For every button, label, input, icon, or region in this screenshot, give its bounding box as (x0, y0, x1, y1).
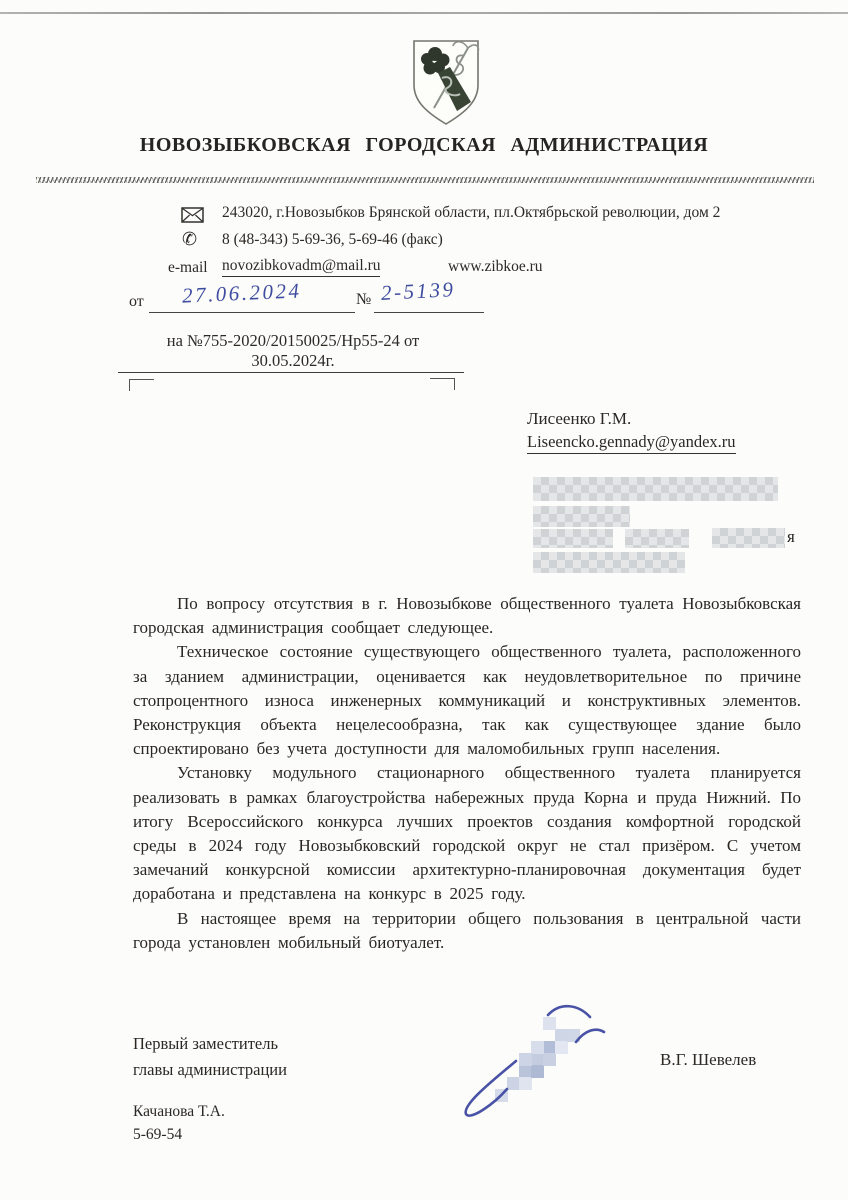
reply-underline (118, 372, 464, 373)
phone-numbers: 8 (48-343) 5-69-36, 5-69-46 (факс) (222, 231, 443, 249)
signer-name: В.Г. Шевелев (660, 1050, 756, 1070)
decorative-divider (36, 177, 814, 183)
redacted-text-block (625, 529, 689, 548)
envelope-icon (181, 207, 204, 228)
executor-name: Качанова Т.А. (133, 1100, 225, 1123)
number-sign-label: № (356, 291, 371, 309)
signer-position-line2: главы администрации (133, 1057, 287, 1083)
recipient-name: Лисеенко Г.М. (527, 409, 631, 429)
executor-info: Качанова Т.А. 5-69-54 (133, 1100, 225, 1146)
signature-icon (450, 993, 660, 1123)
executor-phone: 5-69-54 (133, 1123, 225, 1146)
redacted-text-block (712, 528, 785, 548)
redacted-text-block (533, 529, 613, 548)
scanned-letter-page: { "letter": { "org_name": "НОВОЗЫБКОВСКА… (0, 0, 848, 1200)
postal-address: 243020, г.Новозыбков Брянской области, п… (222, 204, 720, 222)
phone-icon: ✆ (182, 229, 197, 250)
handwritten-date: 27.06.2024 (182, 278, 302, 308)
signer-position: Первый заместитель главы администрации (133, 1031, 287, 1083)
coat-of-arms-shield-icon (408, 36, 484, 130)
email-address: novozibkovadm@mail.ru (222, 257, 380, 277)
website-address: www.zibkoe.ru (448, 258, 543, 276)
reply-reference: на №755-2020/20150025/Нр55-24 от 30.05.2… (120, 331, 466, 371)
paragraph-3: Установку модульного стационарного общес… (133, 761, 801, 906)
redacted-text-block (533, 552, 685, 573)
redacted-text-block (533, 477, 778, 501)
letter-body: По вопросу отсутствия в г. Новозыбкове о… (133, 592, 801, 955)
coat-of-arms (408, 36, 484, 130)
paragraph-2: Техническое состояние существующего обще… (133, 640, 801, 761)
reply-reference-line2: 30.05.2024г. (120, 351, 466, 371)
address-corner-mark-right (430, 378, 455, 390)
paragraph-4: В настоящее время на территории общего п… (133, 907, 801, 955)
handwritten-number: 2-5139 (380, 277, 456, 306)
handwritten-signature (450, 993, 660, 1128)
date-blank-line (149, 312, 355, 313)
email-label: e-mail (168, 259, 208, 277)
paragraph-1: По вопросу отсутствия в г. Новозыбкове о… (133, 592, 801, 640)
redacted-text-block (533, 506, 630, 527)
from-label: от (129, 293, 144, 311)
scan-edge-artifact (0, 12, 848, 14)
reply-reference-line1: на №755-2020/20150025/Нр55-24 от (120, 331, 466, 351)
signer-position-line1: Первый заместитель (133, 1031, 287, 1057)
recipient-email: Liseencko.gennady@yandex.ru (527, 432, 736, 454)
number-blank-line (374, 312, 484, 313)
redacted-trailing-character: я (787, 527, 795, 547)
address-corner-mark-left (129, 379, 154, 391)
organization-name: НОВОЗЫБКОВСКАЯ ГОРОДСКАЯ АДМИНИСТРАЦИЯ (0, 134, 848, 157)
